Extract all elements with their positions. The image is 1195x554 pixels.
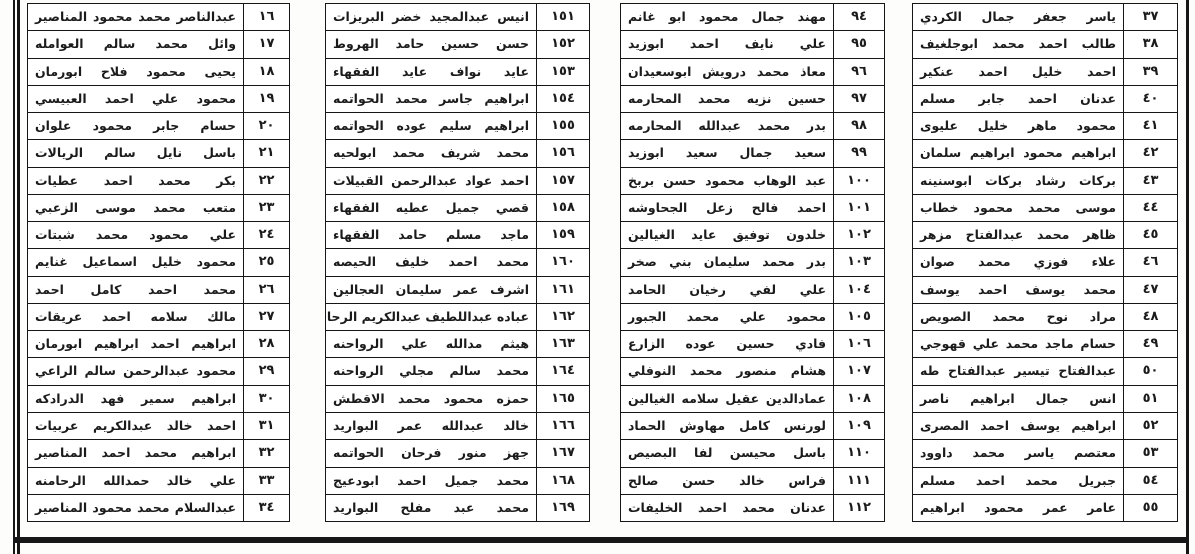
person-name-cell: بدر محمد عبدالله المحارمه (621, 113, 834, 139)
person-name-cell: معتصم ياسر محمد داوود (913, 440, 1124, 466)
serial-number-cell: ١٠٩ (834, 413, 884, 439)
serial-number-cell: ٥٢ (1124, 413, 1177, 439)
person-name-cell: حسين نزيه محمد المحارمه (621, 86, 834, 112)
person-name-cell: محمد عبد مفلح البواريد (326, 495, 537, 521)
serial-number-cell: ١٠٦ (834, 331, 884, 357)
person-name-cell: محمد جميل احمد ابودعيج (326, 468, 537, 494)
table-row: اشرف عمر سليمان العجالين١٦١ (326, 277, 589, 304)
table-row: جبريل محمد احمد مسلم٥٤ (913, 468, 1177, 495)
person-name-cell: محمد احمد خليف الحيصه (326, 249, 537, 275)
table-row: باسل نايل سالم الريالات٢١ (28, 140, 289, 167)
serial-number-cell: ١٠٣ (834, 249, 884, 275)
table-row: ابراهيم سمير فهد الدرادكه٣٠ (28, 386, 289, 413)
serial-number-cell: ٣٩ (1124, 59, 1177, 85)
name-table-group-3: مهند جمال محمود ابو غانم٩٤علي نايف احمد … (620, 3, 885, 522)
serial-number-cell: ٤٦ (1124, 249, 1177, 275)
serial-number-cell: ١٦٩ (537, 495, 589, 521)
table-row: يحيى محمود فلاح ابورمان١٨ (28, 59, 289, 86)
person-name-cell: اشرف عمر سليمان العجالين (326, 277, 537, 303)
person-name-cell: ظاهر محمد عبدالفتاح مزهر (913, 222, 1124, 248)
person-name-cell: احمد فالح زعل الجحاوشه (621, 195, 834, 221)
serial-number-cell: ٢٧ (244, 304, 289, 330)
serial-number-cell: ٣٧ (1124, 4, 1177, 30)
table-row: مالك سلامه احمد عريقات٢٧ (28, 304, 289, 331)
serial-number-cell: ٩٥ (834, 31, 884, 57)
person-name-cell: علي محمود محمد شبتات (28, 222, 244, 248)
serial-number-cell: ٤٣ (1124, 168, 1177, 194)
serial-number-cell: ٥٥ (1124, 495, 1177, 521)
serial-number-cell: ١١١ (834, 468, 884, 494)
person-name-cell: عمادالدين عقيل سلامه الغيالين (621, 386, 834, 412)
table-row: موسى محمد محمود خطاب٤٤ (913, 195, 1177, 222)
person-name-cell: احمد خليل احمد عنكير (913, 59, 1124, 85)
person-name-cell: سعيد جمال سعيد ابوزيد (621, 140, 834, 166)
table-row: احمد عواد عبدالرحمن القبيلات١٥٧ (326, 168, 589, 195)
person-name-cell: محمود علي احمد العبيسي (28, 86, 244, 112)
serial-number-cell: ٢٦ (244, 277, 289, 303)
serial-number-cell: ٩٩ (834, 140, 884, 166)
serial-number-cell: ٩٨ (834, 113, 884, 139)
serial-number-cell: ١٥٣ (537, 59, 589, 85)
table-row: احمد خالد عبدالكريم عربيات٣١ (28, 413, 289, 440)
person-name-cell: محمود ماهر خليل عليوى (913, 113, 1124, 139)
person-name-cell: متعب محمد موسى الزعبي (28, 195, 244, 221)
person-name-cell: محمود علي محمد الجبور (621, 304, 834, 330)
serial-number-cell: ٤١ (1124, 113, 1177, 139)
table-row: محمد جميل احمد ابودعيج١٦٨ (326, 468, 589, 495)
table-row: ابراهيم سليم عوده الحواتمه١٥٥ (326, 113, 589, 140)
person-name-cell: ابراهيم احمد ابراهيم ابورمان (28, 331, 244, 357)
table-row: ابراهيم احمد ابراهيم ابورمان٢٨ (28, 331, 289, 358)
table-row: ياسر جعفر جمال الكردي٣٧ (913, 4, 1177, 31)
serial-number-cell: ١٦٨ (537, 468, 589, 494)
table-row: خالد عبدالله عمر البواريد١٦٦ (326, 413, 589, 440)
table-row: حسن حسين حامد الهروط١٥٢ (326, 31, 589, 58)
serial-number-cell: ١٥١ (537, 4, 589, 30)
table-row: عامر عمر محمود ابراهيم٥٥ (913, 495, 1177, 521)
table-row: بكر محمد احمد عطيات٢٢ (28, 168, 289, 195)
serial-number-cell: ٤٩ (1124, 331, 1177, 357)
table-row: انيس عبدالمجيد خضر البريزات١٥١ (326, 4, 589, 31)
serial-number-cell: ١٦٠ (537, 249, 589, 275)
page-frame-left-outer-line (13, 0, 15, 554)
person-name-cell: حسام جابر محمود علوان (28, 113, 244, 139)
table-row: بركات رشاد بركات ابوسنينه٤٣ (913, 168, 1177, 195)
person-name-cell: احمد خالد عبدالكريم عربيات (28, 413, 244, 439)
person-name-cell: بكر محمد احمد عطيات (28, 168, 244, 194)
table-row: عدنان احمد جابر مسلم٤٠ (913, 86, 1177, 113)
serial-number-cell: ١٧ (244, 31, 289, 57)
table-row: عمادالدين عقيل سلامه الغيالين١٠٨ (621, 386, 884, 413)
person-name-cell: وائل محمد سالم العوامله (28, 31, 244, 57)
table-row: معاذ محمد درويش ابوسعيدان٩٦ (621, 59, 884, 86)
table-row: عدنان محمد احمد الخليفات١١٢ (621, 495, 884, 521)
table-row: انس جمال ابراهيم ناصر٥١ (913, 386, 1177, 413)
table-row: احمد خليل احمد عنكير٣٩ (913, 59, 1177, 86)
serial-number-cell: ١٠٨ (834, 386, 884, 412)
serial-number-cell: ٤٧ (1124, 277, 1177, 303)
name-table-group-4: ياسر جعفر جمال الكردي٣٧طالب احمد محمد اب… (912, 3, 1178, 522)
person-name-cell: علاء فوزي محمد صوان (913, 249, 1124, 275)
table-row: محمد احمد خليف الحيصه١٦٠ (326, 249, 589, 276)
table-row: محمد احمد كامل احمد٢٦ (28, 277, 289, 304)
table-row: قصي جميل عطيه الفقهاء١٥٨ (326, 195, 589, 222)
page-frame-bottom-line (13, 537, 1189, 543)
person-name-cell: باسل نايل سالم الريالات (28, 140, 244, 166)
serial-number-cell: ١٩ (244, 86, 289, 112)
serial-number-cell: ١٠١ (834, 195, 884, 221)
serial-number-cell: ٢٥ (244, 249, 289, 275)
person-name-cell: جهز منور فرحان الحواتمه (326, 440, 537, 466)
serial-number-cell: ٢٩ (244, 358, 289, 384)
person-name-cell: عبد الوهاب محمود حسن بربخ (621, 168, 834, 194)
table-row: هشام منصور محمد النوفلي١٠٧ (621, 358, 884, 385)
table-row: باسل محيسن لفا البصيص١١٠ (621, 440, 884, 467)
person-name-cell: عدنان احمد جابر مسلم (913, 86, 1124, 112)
serial-number-cell: ١٥٧ (537, 168, 589, 194)
serial-number-cell: ١٦ (244, 4, 289, 30)
person-name-cell: مالك سلامه احمد عريقات (28, 304, 244, 330)
person-name-cell: ماجد مسلم حامد الفقهاء (326, 222, 537, 248)
table-row: علاء فوزي محمد صوان٤٦ (913, 249, 1177, 276)
serial-number-cell: ٥٣ (1124, 440, 1177, 466)
serial-number-cell: ٣٢ (244, 440, 289, 466)
person-name-cell: عايد نواف عايد الفقهاء (326, 59, 537, 85)
table-row: حمزه محمود محمد الاقطش١٦٥ (326, 386, 589, 413)
person-name-cell: مهند جمال محمود ابو غانم (621, 4, 834, 30)
person-name-cell: محمود عبدالرحمن سالم الراعي (28, 358, 244, 384)
table-row: ابراهيم محمود ابراهيم سلمان٤٢ (913, 140, 1177, 167)
table-row: حسام جابر محمود علوان٢٠ (28, 113, 289, 140)
serial-number-cell: ٣٨ (1124, 31, 1177, 57)
table-row: علي نايف احمد ابوزيد٩٥ (621, 31, 884, 58)
table-row: محمود علي احمد العبيسي١٩ (28, 86, 289, 113)
serial-number-cell: ٩٤ (834, 4, 884, 30)
serial-number-cell: ٤٥ (1124, 222, 1177, 248)
serial-number-cell: ٢٣ (244, 195, 289, 221)
person-name-cell: انيس عبدالمجيد خضر البريزات (326, 4, 537, 30)
table-row: عبدالناصر محمد محمود المناصير١٦ (28, 4, 289, 31)
person-name-cell: ابراهيم سليم عوده الحواتمه (326, 113, 537, 139)
person-name-cell: ابراهيم محمد احمد المناصير (28, 440, 244, 466)
serial-number-cell: ١٠٤ (834, 277, 884, 303)
page-frame-right-line (1186, 0, 1189, 554)
table-row: هيثم مدالله علي الرواحنه١٦٣ (326, 331, 589, 358)
person-name-cell: هيثم مدالله علي الرواحنه (326, 331, 537, 357)
serial-number-cell: ٩٧ (834, 86, 884, 112)
person-name-cell: فادي حسين عوده الزارع (621, 331, 834, 357)
serial-number-cell: ١٥٩ (537, 222, 589, 248)
table-row: سعيد جمال سعيد ابوزيد٩٩ (621, 140, 884, 167)
table-row: وائل محمد سالم العوامله١٧ (28, 31, 289, 58)
serial-number-cell: ١٨ (244, 59, 289, 85)
table-row: محمود عبدالرحمن سالم الراعي٢٩ (28, 358, 289, 385)
table-row: معتصم ياسر محمد داوود٥٣ (913, 440, 1177, 467)
serial-number-cell: ٥١ (1124, 386, 1177, 412)
person-name-cell: قصي جميل عطيه الفقهاء (326, 195, 537, 221)
serial-number-cell: ١٦١ (537, 277, 589, 303)
person-name-cell: احمد عواد عبدالرحمن القبيلات (326, 168, 537, 194)
table-row: بدر محمد عبدالله المحارمه٩٨ (621, 113, 884, 140)
table-row: محمد سالم مجلي الرواحنه١٦٤ (326, 358, 589, 385)
person-name-cell: ابراهيم يوسف احمد المصرى (913, 413, 1124, 439)
serial-number-cell: ٥٠ (1124, 358, 1177, 384)
serial-number-cell: ١٥٦ (537, 140, 589, 166)
serial-number-cell: ٤٨ (1124, 304, 1177, 330)
table-row: حسين نزيه محمد المحارمه٩٧ (621, 86, 884, 113)
person-name-cell: بدر محمد سليمان بني صخر (621, 249, 834, 275)
person-name-cell: حسن حسين حامد الهروط (326, 31, 537, 57)
table-row: عبدالسلام محمد محمود المناصير٣٤ (28, 495, 289, 521)
person-name-cell: ابراهيم جاسر محمد الحواتمه (326, 86, 537, 112)
person-name-cell: لورنس كامل مهاوش الحماد (621, 413, 834, 439)
table-row: جهز منور فرحان الحواتمه١٦٧ (326, 440, 589, 467)
person-name-cell: عبدالسلام محمد محمود المناصير (28, 495, 244, 521)
table-row: عبدالفتاح تيسير عبدالفتاح طه٥٠ (913, 358, 1177, 385)
table-row: متعب محمد موسى الزعبي٢٣ (28, 195, 289, 222)
person-name-cell: عدنان محمد احمد الخليفات (621, 495, 834, 521)
serial-number-cell: ١٠٧ (834, 358, 884, 384)
table-row: بدر محمد سليمان بني صخر١٠٣ (621, 249, 884, 276)
table-row: احمد فالح زعل الجحاوشه١٠١ (621, 195, 884, 222)
table-row: محمد شريف محمد ابولحيه١٥٦ (326, 140, 589, 167)
scanned-page: عبدالناصر محمد محمود المناصير١٦وائل محمد… (0, 0, 1195, 554)
serial-number-cell: ٥٤ (1124, 468, 1177, 494)
table-row: ابراهيم جاسر محمد الحواتمه١٥٤ (326, 86, 589, 113)
serial-number-cell: ١٦٦ (537, 413, 589, 439)
table-row: فراس خالد حسن صالح١١١ (621, 468, 884, 495)
table-row: ماجد مسلم حامد الفقهاء١٥٩ (326, 222, 589, 249)
serial-number-cell: ١٠٥ (834, 304, 884, 330)
serial-number-cell: ١٦٣ (537, 331, 589, 357)
person-name-cell: جبريل محمد احمد مسلم (913, 468, 1124, 494)
serial-number-cell: ١٥٢ (537, 31, 589, 57)
serial-number-cell: ٢٤ (244, 222, 289, 248)
serial-number-cell: ٢٠ (244, 113, 289, 139)
table-row: محمود علي محمد الجبور١٠٥ (621, 304, 884, 331)
serial-number-cell: ١١٢ (834, 495, 884, 521)
person-name-cell: ابراهيم محمود ابراهيم سلمان (913, 140, 1124, 166)
person-name-cell: حمزه محمود محمد الاقطش (326, 386, 537, 412)
serial-number-cell: ٤٢ (1124, 140, 1177, 166)
table-row: محمد يوسف احمد يوسف٤٧ (913, 277, 1177, 304)
serial-number-cell: ١٥٨ (537, 195, 589, 221)
person-name-cell: موسى محمد محمود خطاب (913, 195, 1124, 221)
table-row: فادي حسين عوده الزارع١٠٦ (621, 331, 884, 358)
person-name-cell: باسل محيسن لفا البصيص (621, 440, 834, 466)
person-name-cell: انس جمال ابراهيم ناصر (913, 386, 1124, 412)
person-name-cell: مراد نوح محمد الصويص (913, 304, 1124, 330)
person-name-cell: يحيى محمود فلاح ابورمان (28, 59, 244, 85)
table-row: خلدون توفيق عايد الغيالين١٠٢ (621, 222, 884, 249)
table-row: محمود ماهر خليل عليوى٤١ (913, 113, 1177, 140)
table-row: علي خالد حمدالله الرحامنه٣٣ (28, 468, 289, 495)
name-table-group-2: انيس عبدالمجيد خضر البريزات١٥١حسن حسين ح… (325, 3, 590, 522)
person-name-cell: محمد احمد كامل احمد (28, 277, 244, 303)
serial-number-cell: ٢٨ (244, 331, 289, 357)
person-name-cell: محمد شريف محمد ابولحيه (326, 140, 537, 166)
serial-number-cell: ٩٦ (834, 59, 884, 85)
person-name-cell: بركات رشاد بركات ابوسنينه (913, 168, 1124, 194)
table-row: ابراهيم يوسف احمد المصرى٥٢ (913, 413, 1177, 440)
person-name-cell: علي نايف احمد ابوزيد (621, 31, 834, 57)
serial-number-cell: ١٦٥ (537, 386, 589, 412)
person-name-cell: محمود خليل اسماعيل غنايم (28, 249, 244, 275)
serial-number-cell: ١٦٤ (537, 358, 589, 384)
person-name-cell: هشام منصور محمد النوفلي (621, 358, 834, 384)
person-name-cell: معاذ محمد درويش ابوسعيدان (621, 59, 834, 85)
table-row: مراد نوح محمد الصويص٤٨ (913, 304, 1177, 331)
person-name-cell: فراس خالد حسن صالح (621, 468, 834, 494)
serial-number-cell: ٣٠ (244, 386, 289, 412)
table-row: ابراهيم محمد احمد المناصير٣٢ (28, 440, 289, 467)
table-row: ظاهر محمد عبدالفتاح مزهر٤٥ (913, 222, 1177, 249)
person-name-cell: عباده عبداللطيف عبدالكريم الرحاحله (326, 304, 537, 330)
table-row: حسام ماجد محمد علي قهوجي٤٩ (913, 331, 1177, 358)
serial-number-cell: ٢٢ (244, 168, 289, 194)
serial-number-cell: ٤٠ (1124, 86, 1177, 112)
serial-number-cell: ١١٠ (834, 440, 884, 466)
serial-number-cell: ١٦٧ (537, 440, 589, 466)
serial-number-cell: ١٥٥ (537, 113, 589, 139)
serial-number-cell: ١٦٢ (537, 304, 589, 330)
table-row: علي محمود محمد شبتات٢٤ (28, 222, 289, 249)
page-frame-left-inner-line (17, 0, 20, 554)
person-name-cell: خلدون توفيق عايد الغيالين (621, 222, 834, 248)
table-row: عايد نواف عايد الفقهاء١٥٣ (326, 59, 589, 86)
person-name-cell: حسام ماجد محمد علي قهوجي (913, 331, 1124, 357)
serial-number-cell: ١٠٢ (834, 222, 884, 248)
table-row: محمود خليل اسماعيل غنايم٢٥ (28, 249, 289, 276)
table-row: مهند جمال محمود ابو غانم٩٤ (621, 4, 884, 31)
table-row: علي لفي رخيان الحامد١٠٤ (621, 277, 884, 304)
table-row: عباده عبداللطيف عبدالكريم الرحاحله١٦٢ (326, 304, 589, 331)
person-name-cell: خالد عبدالله عمر البواريد (326, 413, 537, 439)
table-row: محمد عبد مفلح البواريد١٦٩ (326, 495, 589, 521)
person-name-cell: عبدالناصر محمد محمود المناصير (28, 4, 244, 30)
person-name-cell: محمد يوسف احمد يوسف (913, 277, 1124, 303)
table-row: لورنس كامل مهاوش الحماد١٠٩ (621, 413, 884, 440)
person-name-cell: علي لفي رخيان الحامد (621, 277, 834, 303)
table-row: طالب احمد محمد ابوجلغيف٣٨ (913, 31, 1177, 58)
serial-number-cell: ١٠٠ (834, 168, 884, 194)
serial-number-cell: ٢١ (244, 140, 289, 166)
serial-number-cell: ٣٣ (244, 468, 289, 494)
serial-number-cell: ١٥٤ (537, 86, 589, 112)
serial-number-cell: ٣١ (244, 413, 289, 439)
serial-number-cell: ٣٤ (244, 495, 289, 521)
person-name-cell: ياسر جعفر جمال الكردي (913, 4, 1124, 30)
person-name-cell: عامر عمر محمود ابراهيم (913, 495, 1124, 521)
table-row: عبد الوهاب محمود حسن بربخ١٠٠ (621, 168, 884, 195)
serial-number-cell: ٤٤ (1124, 195, 1177, 221)
name-table-group-1: عبدالناصر محمد محمود المناصير١٦وائل محمد… (27, 3, 290, 522)
person-name-cell: ابراهيم سمير فهد الدرادكه (28, 386, 244, 412)
person-name-cell: علي خالد حمدالله الرحامنه (28, 468, 244, 494)
person-name-cell: عبدالفتاح تيسير عبدالفتاح طه (913, 358, 1124, 384)
person-name-cell: محمد سالم مجلي الرواحنه (326, 358, 537, 384)
person-name-cell: طالب احمد محمد ابوجلغيف (913, 31, 1124, 57)
